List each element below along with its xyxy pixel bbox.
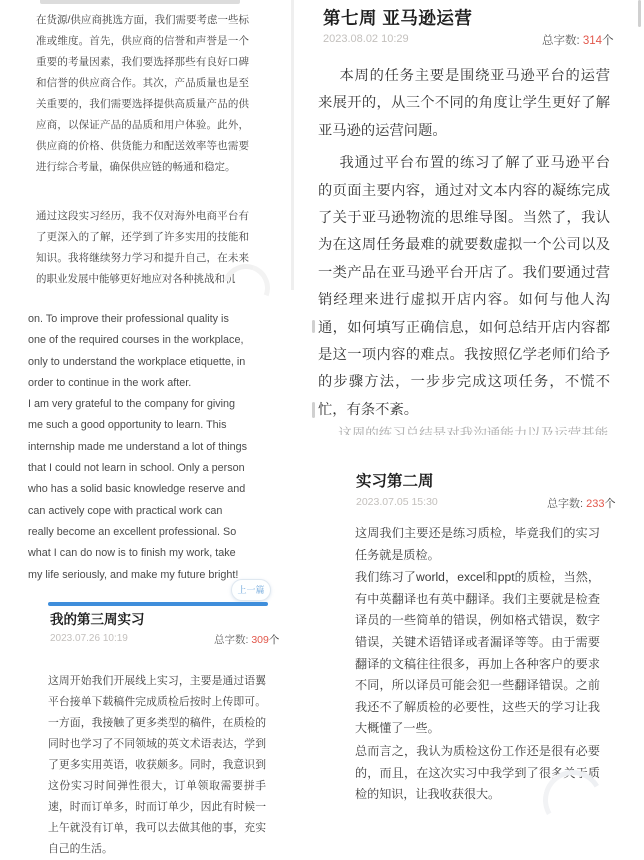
article-body-week2: 这周我们主要还是练习质检，毕竟我们的实习任务就是质检。 我们练习了world，e…: [355, 523, 600, 807]
word-count-week3: 总字数: 309个: [214, 632, 279, 647]
paragraph-supplier-criteria: 在货源/供应商挑选方面，我们需要考虑一些标准或维度。首先，供应商的信誉和声誉是一…: [36, 10, 249, 178]
clipped-text-line: 这周的练习总结是对我沟通能力以及运营基能: [318, 424, 623, 435]
english-paragraph: I am very grateful to the company for gi…: [28, 394, 249, 586]
article-title-week7: 第七周 亚马逊运营: [323, 5, 472, 30]
english-paragraph: on. To improve their professional qualit…: [28, 309, 249, 394]
word-count-week2: 总字数: 233个: [547, 495, 615, 511]
body-paragraph: 本周的任务主要是围绕亚马逊平台的运营来展开的，从三个不同的角度让学生更好了解亚马…: [318, 63, 610, 145]
paragraph-internship-summary: 通过这段实习经历，我不仅对海外电商平台有了更深入的了解，还学到了许多实用的技能和…: [36, 206, 249, 290]
previous-article-button[interactable]: 上一篇: [231, 579, 271, 601]
scrollbar-dash[interactable]: [312, 320, 315, 333]
article-title-week3: 我的第三周实习: [50, 608, 145, 628]
diary-collage-page: 在货源/供应商挑选方面，我们需要考虑一些标准或维度。首先，供应商的信誉和声誉是一…: [0, 0, 644, 860]
article-body-week7: 本周的任务主要是围绕亚马逊平台的运营来展开的，从三个不同的角度让学生更好了解亚马…: [318, 63, 610, 429]
article-divider-line: [48, 602, 268, 606]
article-title-week2: 实习第二周: [356, 469, 434, 491]
article-date-week2: 2023.07.05 15:30: [356, 496, 438, 508]
word-count-label: 总字数:: [547, 498, 586, 510]
body-paragraph: 我通过平台布置的练习了解了亚马逊平台的页面主要内容，通过对文本内容的凝练完成了关…: [318, 150, 610, 424]
article-date-week7: 2023.08.02 10:29: [323, 33, 409, 45]
word-count-week7: 总字数: 314个: [542, 32, 614, 48]
body-paragraph: 这周我们主要还是练习质检，毕竟我们的实习任务就是质检。: [355, 523, 600, 566]
article-date-week3: 2023.07.26 10:19: [50, 633, 128, 644]
word-count-unit: 个: [604, 498, 615, 510]
article-body-week3: 这周开始我们开展线上实习，主要是通过语翼平台接单下载稿件完成质检后按时上传即可。…: [48, 671, 266, 860]
body-paragraph: 我们练习了world，excel和ppt的质检，当然，有中英翻译也有英中翻译。我…: [355, 567, 600, 740]
word-count-value: 233: [586, 498, 604, 510]
word-count-value: 314: [583, 35, 602, 47]
word-count-label: 总字数:: [542, 35, 583, 47]
word-count-unit: 个: [602, 35, 614, 47]
column-edge-strip: [291, 0, 294, 290]
word-count-unit: 个: [269, 634, 280, 646]
screenshot-seam-bar: [40, 0, 240, 4]
scrollbar-dash[interactable]: [638, 0, 641, 27]
word-count-label: 总字数:: [214, 634, 251, 646]
paragraph-english-reflection: on. To improve their professional qualit…: [28, 309, 249, 586]
clipped-text: 这周的练习总结是对我沟通能力以及运营基能: [318, 424, 623, 435]
scrollbar-dash[interactable]: [312, 402, 315, 418]
word-count-value: 309: [251, 634, 269, 646]
